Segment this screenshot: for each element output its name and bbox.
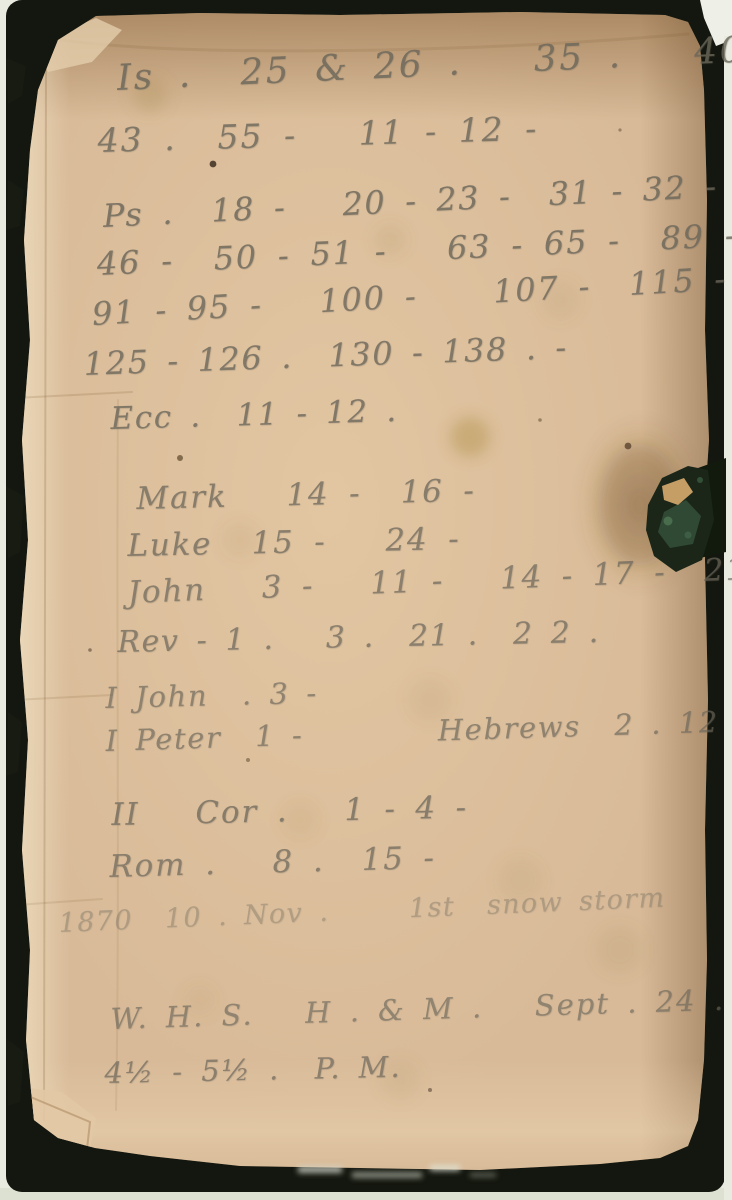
notebook-photo-art xyxy=(0,0,732,1200)
page-shading xyxy=(0,0,732,1200)
scanned-notebook-photo: Is . 25 & 26 . 35 . 40 43 . 55 - 11 - 12… xyxy=(0,0,732,1200)
scanner-margin-right xyxy=(724,36,732,1200)
